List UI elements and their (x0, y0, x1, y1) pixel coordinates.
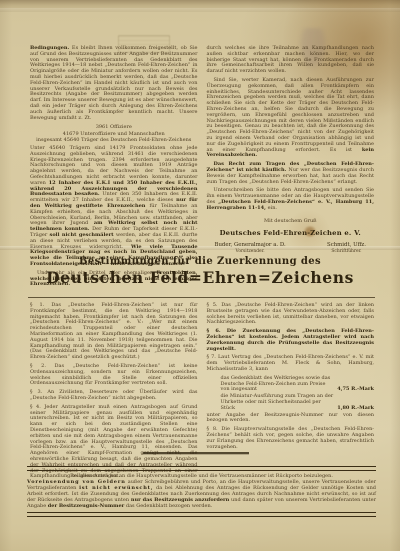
price-value: 1,80 R.-Mark (337, 406, 374, 412)
paragraph-appeal: Sind Sie, werter Kamerad, nach diesen Au… (207, 78, 375, 159)
signature-chairman: Buder, Generalmajor a. D. Vorsitzender. (215, 242, 286, 254)
intro-right-column: durch welches sie ihre Teilnahme an Kamp… (207, 46, 375, 291)
signature-name: Buder, Generalmajor a. D. (215, 242, 286, 248)
footer-notice-box: Bei allen Anträgen an die Hauptverwaltun… (27, 466, 376, 517)
rule-paragraph-3: § 3. An Zivilisten, Deserteure oder Über… (30, 390, 198, 402)
intro-left-column: Bedingungen. Es bleibt Ihnen vollkommen … (30, 46, 198, 291)
rule-paragraph-2: § 2. Das „Deutsche Feld-Ehren-Zeichen“ i… (30, 364, 198, 387)
price-value: 4,75 R.-Mark (337, 387, 374, 393)
fold-crease-top (0, 8, 400, 12)
price-row-memorial-sheet: das Gedenkblatt des Weltkrieges sowie da… (221, 376, 375, 393)
rule-paragraph-7-intro: § 7. Laut Vertrag des „Deutschen Feld-Eh… (207, 355, 375, 372)
footer-top-rule (27, 466, 376, 471)
heading-rule (28, 297, 375, 298)
paragraph-statistics-detail: Unter 45640 Trägern sind 14179 Frontsold… (30, 146, 198, 268)
signature-name: Schmidt, Uffz. (327, 242, 366, 248)
signature-secretary: Schmidt, Uffz. Schriftführer. (327, 242, 366, 254)
rule-paragraph-1: § 1. Das „Deutsche Feld-Ehren-Zeichen“ i… (30, 303, 198, 361)
price-item-label: das Gedenkblatt des Weltkrieges sowie da… (221, 376, 334, 393)
paragraph-right-to-wear: Das Recht zum Tragen des „Deutschen Feld… (207, 162, 375, 185)
paragraph-text: Sind Sie, werter Kamerad, nach diesen Au… (207, 77, 375, 153)
heading-line1: Bestimmungen für die Zuerkennung des (0, 256, 400, 267)
signature-role: Vorsitzender. (215, 249, 286, 254)
price-item-label: die Miniatur-Ausführung zum Tragen an de… (221, 394, 334, 411)
signature-role: Schriftführer. (327, 249, 366, 254)
paragraph-text: Es bleibt Ihnen vollkommen freigestellt,… (30, 45, 198, 121)
rule-paragraph-6: § 6. Die Zuerkennung des „Deutschen Feld… (207, 329, 375, 352)
footer-notice-text: Voreinsendung von Geldern außer Schreibg… (27, 480, 376, 510)
paragraph-conditions: Bedingungen. Es bleibt Ihnen vollkommen … (30, 46, 198, 121)
rule-paragraph-5: § 5. Das „Deutsche Feld-Ehren-Zeichen“ w… (207, 303, 375, 326)
emphasized-text: „Deutschen Feld-Ehren-Zeichens“ e. V., H… (207, 199, 375, 211)
price-row-miniature: die Miniatur-Ausführung zum Tragen an de… (221, 394, 375, 411)
intro-section: Bedingungen. Es bleibt Ihnen vollkommen … (30, 46, 374, 291)
regulations-right-column: § 5. Das „Deutsche Feld-Ehren-Zeichen“ w… (207, 303, 375, 483)
paragraph-text: ein. (266, 205, 277, 211)
regulations-section: § 1. Das „Deutsche Feld-Ehren-Zeichen“ i… (30, 303, 374, 483)
paragraph-continuation: durch welches sie ihre Teilnahme an Kamp… (207, 46, 375, 75)
footer-bottom-rule (27, 512, 376, 517)
rule-paragraph-8: § 8. Die Hauptverwaltungsstelle des „Deu… (207, 427, 375, 450)
price-list: das Gedenkblatt des Weltkrieges sowie da… (221, 376, 375, 412)
membership-statistics: 3961 Offiziere 41679 Unteroffiziere und … (30, 124, 198, 143)
closing-greeting: Mit deutschem Gruß (207, 218, 375, 224)
section-heading: Bestimmungen für die Zuerkennung des Deu… (0, 256, 400, 287)
scanned-document-page: Bedingungen. Es bleibt Ihnen vollkommen … (0, 0, 400, 551)
rule-paragraph-7-tail: unter Angabe der Besitzzeugnis-Nummer nu… (207, 413, 375, 425)
section-end-divider (143, 452, 249, 454)
heading-line2: Deutschen Feld=Ehren=Zeichens (0, 268, 400, 287)
emphasized-text: der Besitzzeugnis-Nummer (48, 503, 125, 509)
stat-total: insgesamt 45640 Träger des Deutschen Fel… (30, 137, 198, 143)
organization-name: Deutsches Feld-Ehren-Zeichen e. V. (207, 229, 375, 237)
paragraph-sign-request: Unterschreiben Sie bitte den Antragsboge… (207, 188, 375, 211)
signature-row: Buder, Generalmajor a. D. Vorsitzender. … (207, 242, 375, 254)
regulations-left-column: § 1. Das „Deutsche Feld-Ehren-Zeichen“ i… (30, 303, 198, 483)
footer-text: das Gedenkblatt bezogen werden. (124, 503, 212, 509)
